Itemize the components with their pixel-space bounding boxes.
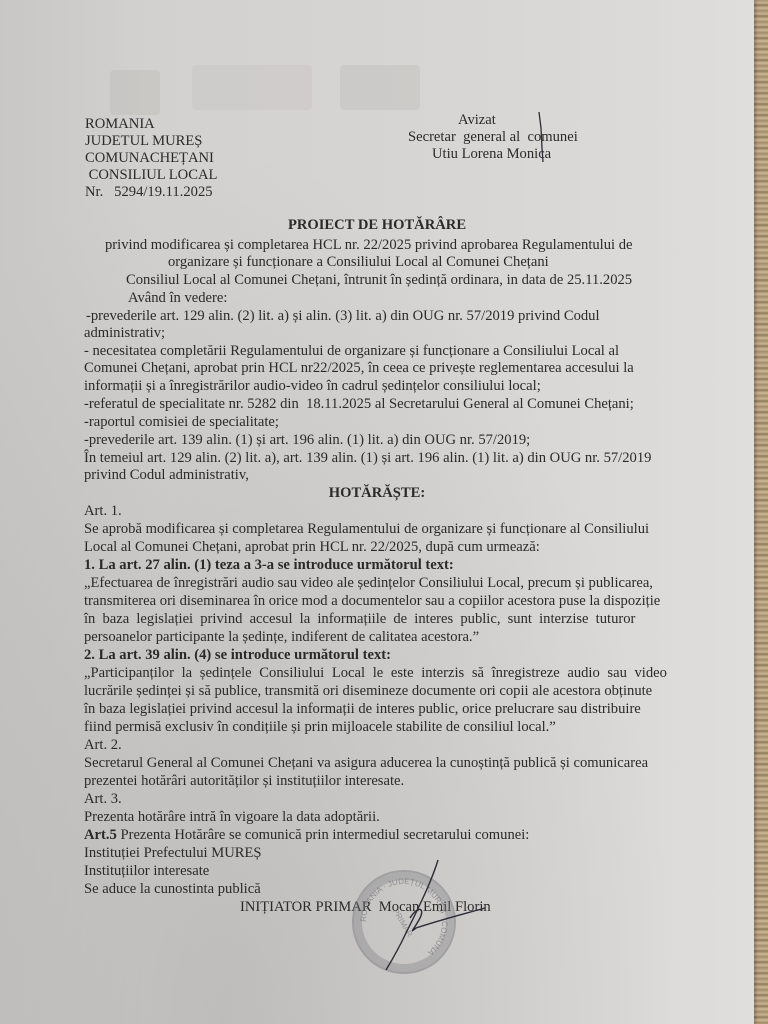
- handwritten-marks: [0, 0, 768, 1024]
- signature-flourish-icon: [410, 908, 485, 931]
- approval-pen-stroke: [539, 112, 543, 162]
